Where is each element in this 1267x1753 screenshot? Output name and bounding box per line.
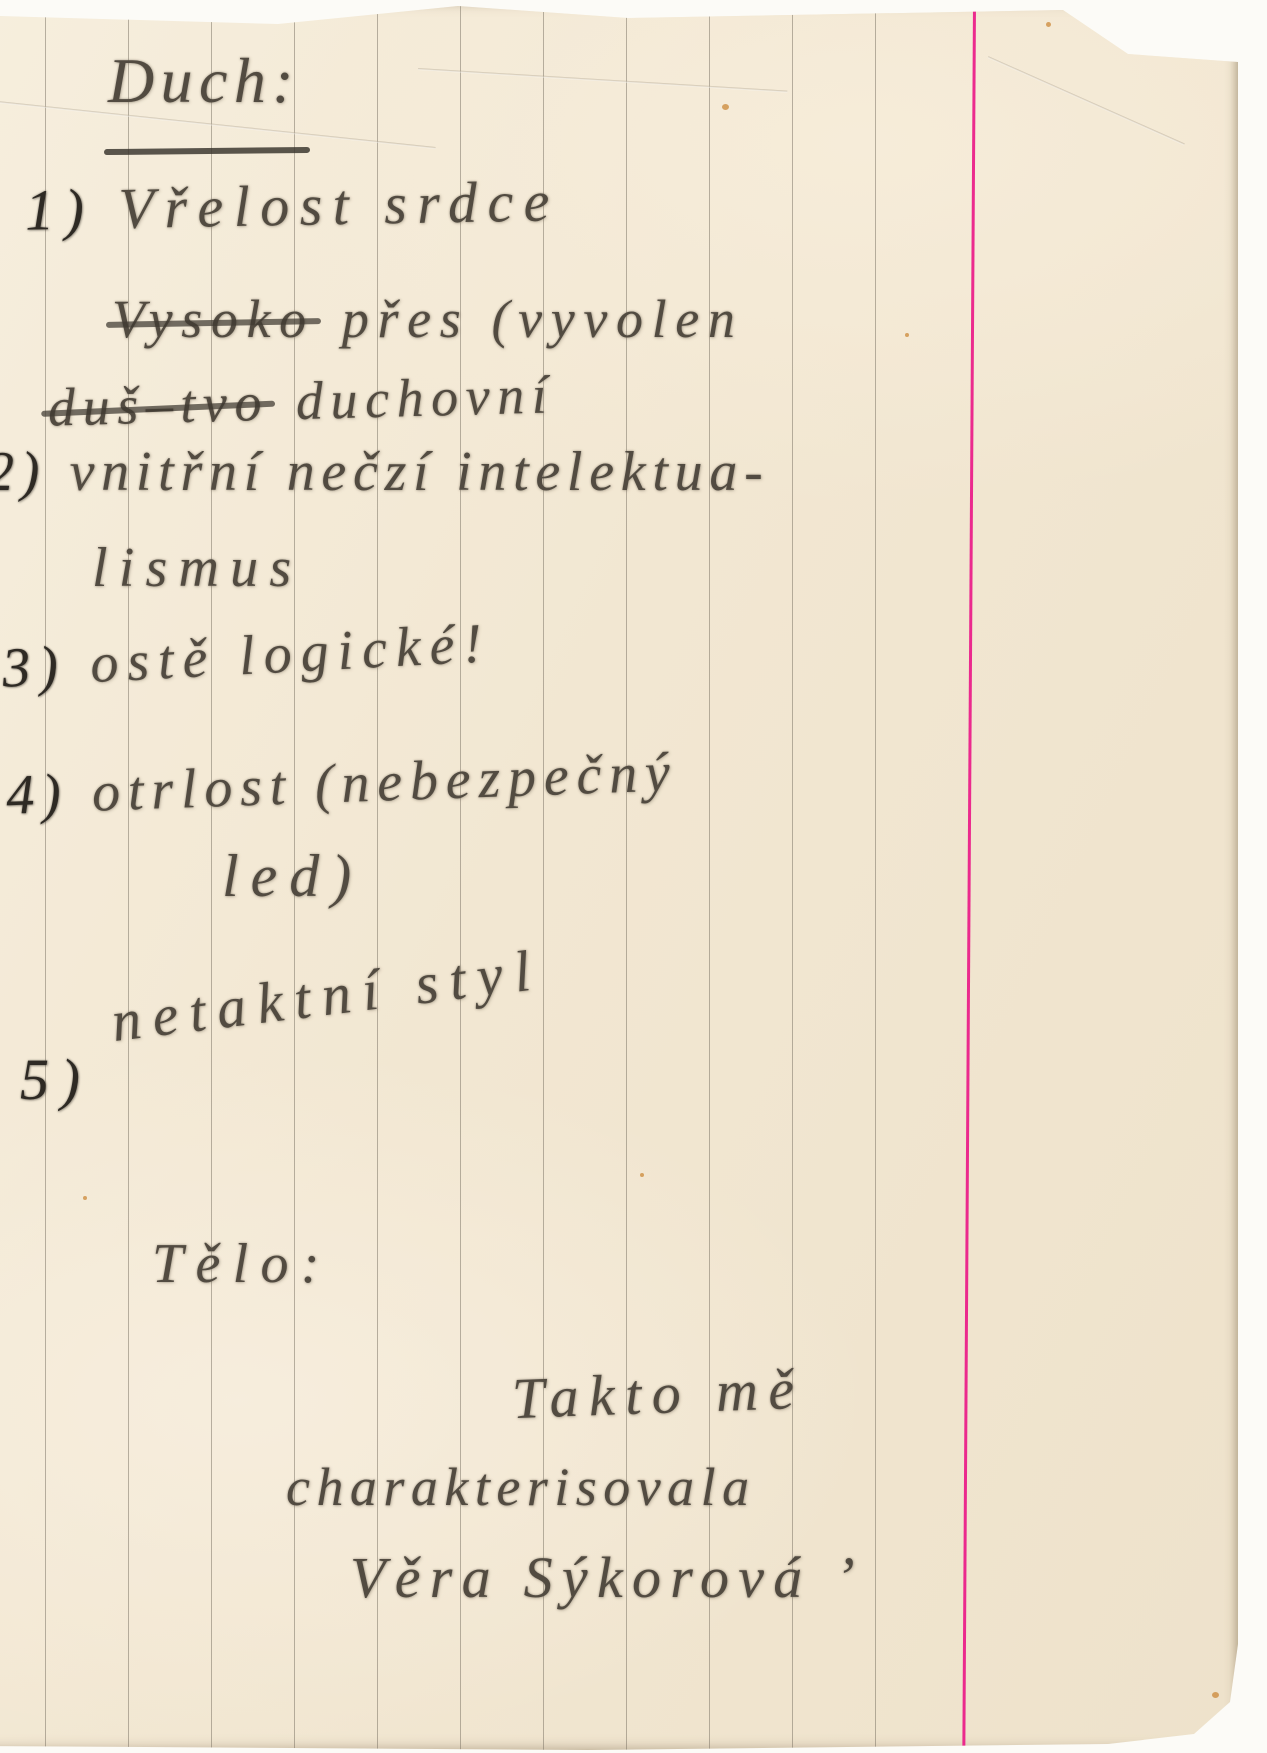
list-item-2-continued: lismus (92, 536, 302, 600)
paper-stain (905, 333, 909, 337)
item-text: lismus (92, 537, 302, 599)
struck-word: Vysoko (112, 288, 315, 350)
item-number: 2) (0, 440, 46, 504)
item-text: vnitřní nečzí intelektua- (70, 441, 770, 503)
item-text: Vřelost srdce (118, 168, 560, 241)
item-number: 3) (1, 633, 69, 700)
list-item-5: 5)netaktní styl (20, 988, 549, 1055)
list-item-1-continued: Vysokopřes (vyvolen (112, 288, 744, 350)
pink-margin-line (962, 4, 976, 1750)
paper-stain (83, 1196, 87, 1200)
paper-stain (722, 104, 729, 110)
list-item-2: 2)vnitřní nečzí intelektua- (0, 440, 769, 504)
item-number: 5) (20, 1046, 92, 1113)
closing-signature: Věra Sýkorová ’ (350, 1544, 864, 1611)
item-text: přes (vyvolen (342, 289, 744, 349)
struck-word: duš–tvo (47, 371, 269, 439)
item-text: duchovní (295, 364, 555, 431)
closing-line-2: charakterisovala (286, 1456, 756, 1518)
scanned-note-canvas: Duch: 1)Vřelost srdce Vysokopřes (vyvole… (0, 0, 1267, 1753)
item-number: 4) (5, 762, 70, 828)
paper-stain (640, 1173, 644, 1177)
list-item-1-continued-2: duš–tvoduchovní (47, 363, 555, 438)
heading-duch: Duch: (108, 44, 300, 118)
paper-stain (1046, 22, 1051, 27)
closing-line-1: Takto mě (511, 1355, 806, 1432)
item-number: 1) (24, 175, 94, 243)
paper-stain (1212, 1692, 1219, 1698)
subheading-telo: Tělo: (152, 1232, 332, 1296)
paper-crease (988, 56, 1185, 145)
list-item-4-continued: led) (222, 842, 363, 911)
item-text: led) (222, 843, 363, 909)
list-item-1: 1)Vřelost srdce (24, 167, 560, 243)
